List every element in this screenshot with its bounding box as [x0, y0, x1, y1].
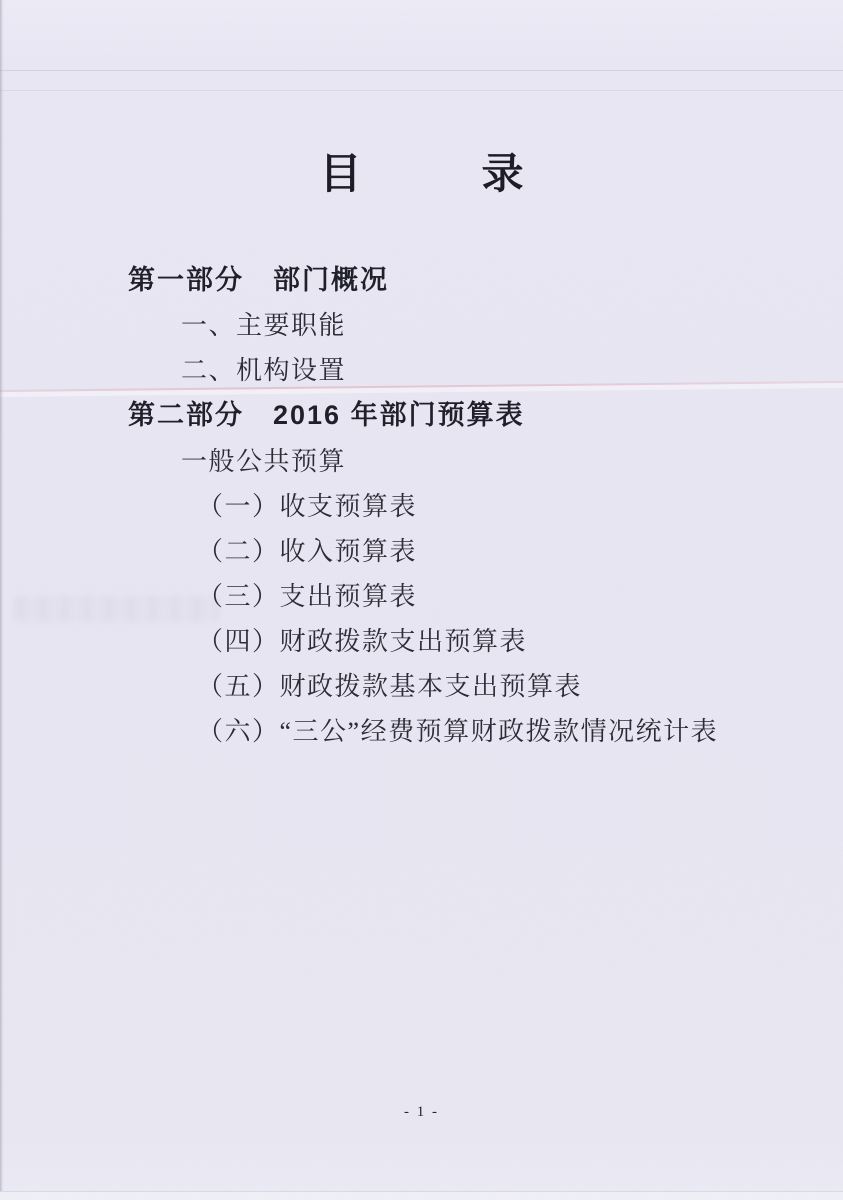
ink-showthrough-artifact: [14, 596, 219, 622]
toc-item-table-1: （一）收支预算表: [197, 491, 417, 523]
document-page: 目 录 第一部分 部门概况 一、主要职能 二、机构设置 第二部分 2016 年部…: [0, 0, 843, 1200]
toc-item-part1: 第一部分 部门概况: [128, 264, 389, 296]
toc-item-table-6: （六）“三公”经费预算财政拨款情况统计表: [197, 716, 718, 748]
toc-item-main-functions: 一、主要职能: [181, 310, 346, 342]
scan-line-artifact: [0, 70, 843, 71]
toc-item-table-3: （三）支出预算表: [197, 581, 417, 613]
toc-item-part2: 第二部分 2016 年部门预算表: [128, 399, 525, 431]
toc-item-general-budget: 一般公共预算: [181, 446, 346, 478]
toc-item-table-2: （二）收入预算表: [197, 536, 417, 568]
toc-item-table-5: （五）财政拨款基本支出预算表: [197, 671, 582, 703]
scan-line-artifact: [0, 90, 843, 91]
scan-edge-bottom: [0, 1191, 843, 1200]
page-number: - 1 -: [0, 1104, 843, 1121]
page-title: 目 录: [0, 152, 843, 198]
title-char: 录: [482, 152, 524, 198]
toc-item-org-structure: 二、机构设置: [181, 355, 346, 387]
title-char: 目: [319, 152, 361, 198]
toc-item-table-4: （四）财政拨款支出预算表: [197, 626, 527, 658]
